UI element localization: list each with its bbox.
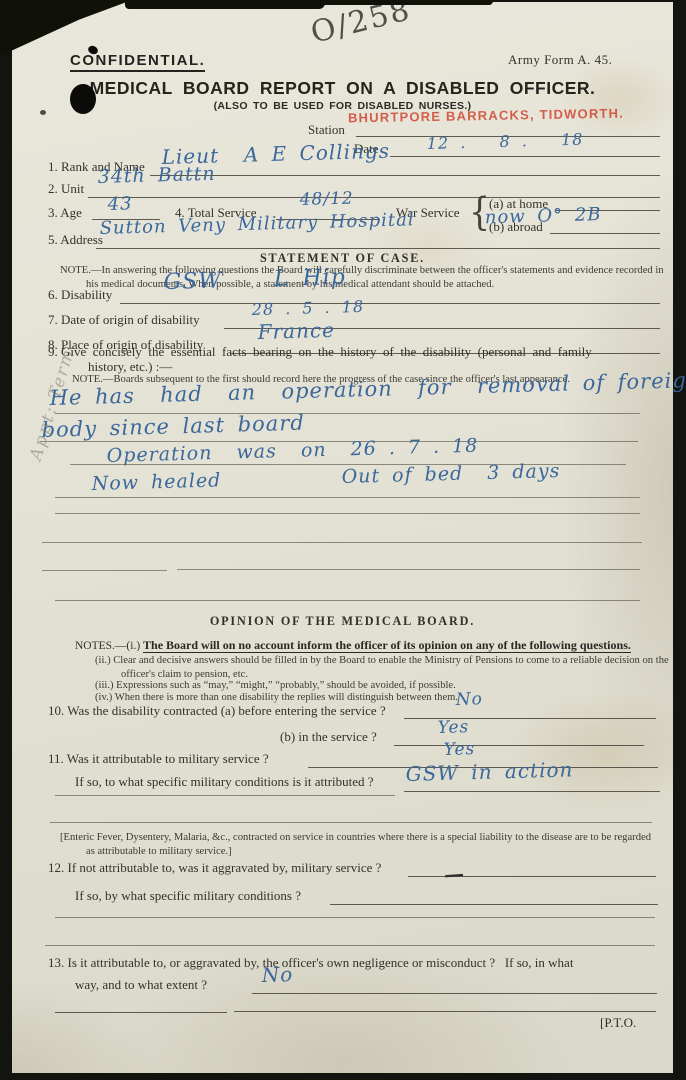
footer-rule-a	[55, 1012, 227, 1013]
rank-name-line	[150, 175, 660, 176]
q10-b-label: (b) in the service ?	[280, 729, 377, 745]
q13-line1: 13. Is it attributable to, or aggravated…	[48, 955, 573, 971]
q9-line1: 9. Give concisely the essential facts be…	[48, 344, 592, 360]
q12-answer: —	[443, 861, 465, 886]
history-line3: Operation was on 26 . 7 . 18	[106, 435, 478, 467]
blank-rule-2	[42, 542, 642, 543]
war-service-abroad-line	[550, 233, 660, 234]
q10-a-answer: No	[455, 689, 483, 710]
age-value: 43	[107, 193, 132, 215]
paper-edge-shadow-right	[318, 0, 493, 5]
q11-answer: Yes	[443, 739, 475, 760]
total-service-value: 48/12	[299, 189, 354, 210]
station-label: Station	[308, 122, 345, 138]
opinion-note1-prefix: NOTES.—(i.)	[75, 640, 143, 652]
q12-sub-line	[330, 904, 658, 905]
opinion-note1: NOTES.—(i.) The Board will on no account…	[75, 636, 631, 654]
unit-label: 2. Unit	[48, 181, 84, 197]
opinion-note2: (ii.) Clear and decisive answers should …	[95, 654, 673, 681]
blank-rule-3a	[42, 570, 167, 571]
opinion-note1-text: The Board will on no account inform the …	[143, 638, 631, 653]
blank-rule-4	[55, 600, 640, 601]
history-line2: body since last board	[41, 411, 305, 442]
q13-line2: way, and to what extent ?	[75, 977, 207, 993]
q11-sub-label: If so, to what specific military conditi…	[75, 774, 374, 790]
bracket-note: [Enteric Fever, Dysentery, Malaria, &c.,…	[60, 831, 660, 858]
q11-sub-answer: GSW in action	[405, 757, 573, 786]
q10-b-line	[394, 745, 644, 746]
q12-label: 12. If not attributable to, was it aggra…	[48, 860, 381, 876]
disability-line	[120, 303, 660, 304]
scanned-document-page: { "form": { "classification": "CONFIDENT…	[0, 0, 686, 1080]
address-line	[96, 248, 660, 249]
statement-note: NOTE.—In answering the following questio…	[60, 264, 672, 291]
small-speck	[40, 110, 46, 115]
blank-rule-3b	[177, 569, 640, 570]
registry-mark: O/258	[307, 0, 414, 51]
classification-label: CONFIDENTIAL.	[70, 52, 205, 72]
blank-rule-1	[55, 513, 640, 514]
blank-rule-5a	[55, 795, 395, 796]
q12-sub-label: If so, by what specific military conditi…	[75, 888, 301, 904]
history-rule-4	[55, 497, 640, 498]
disability-label: 6. Disability	[48, 287, 112, 303]
footer-rule-b	[234, 1011, 656, 1012]
form-paper: O/258 CONFIDENTIAL. Army Form A. 45. MED…	[12, 2, 673, 1073]
q10-b-answer: Yes	[437, 717, 469, 738]
q13-answer: No	[261, 962, 293, 987]
q11-label: 11. Was it attributable to military serv…	[48, 751, 269, 767]
punch-hole	[70, 84, 96, 114]
blank-rule-6	[50, 822, 652, 823]
date-origin-value: 28 . 5 . 18	[251, 297, 364, 319]
form-reference: Army Form A. 45.	[508, 52, 612, 68]
opinion-heading: OPINION OF THE MEDICAL BOARD.	[12, 614, 673, 629]
date-value: 12 . 8 . 18	[426, 130, 583, 153]
blank-rule-8	[45, 945, 655, 946]
blank-rule-7	[55, 917, 655, 918]
unit-value: 34th Battn	[97, 163, 215, 188]
address-label: 5. Address	[48, 232, 103, 248]
date-origin-label: 7. Date of origin of disability	[48, 312, 200, 328]
q11-sub-line	[404, 791, 660, 792]
pto-label: [P.T.O.	[600, 1015, 636, 1031]
form-title: MEDICAL BOARD REPORT ON A DISABLED OFFIC…	[12, 78, 673, 99]
place-origin-value: France	[257, 318, 335, 344]
paper-edge-shadow-left	[125, 0, 325, 9]
q13-line	[252, 993, 657, 994]
q10-label: 10. Was the disability contracted (a) be…	[48, 703, 386, 719]
date-line	[390, 156, 660, 157]
history-rule-1	[55, 413, 640, 414]
unit-line	[88, 197, 660, 198]
age-label: 3. Age	[48, 205, 82, 221]
disability-value: GSW L Hip	[163, 265, 346, 295]
